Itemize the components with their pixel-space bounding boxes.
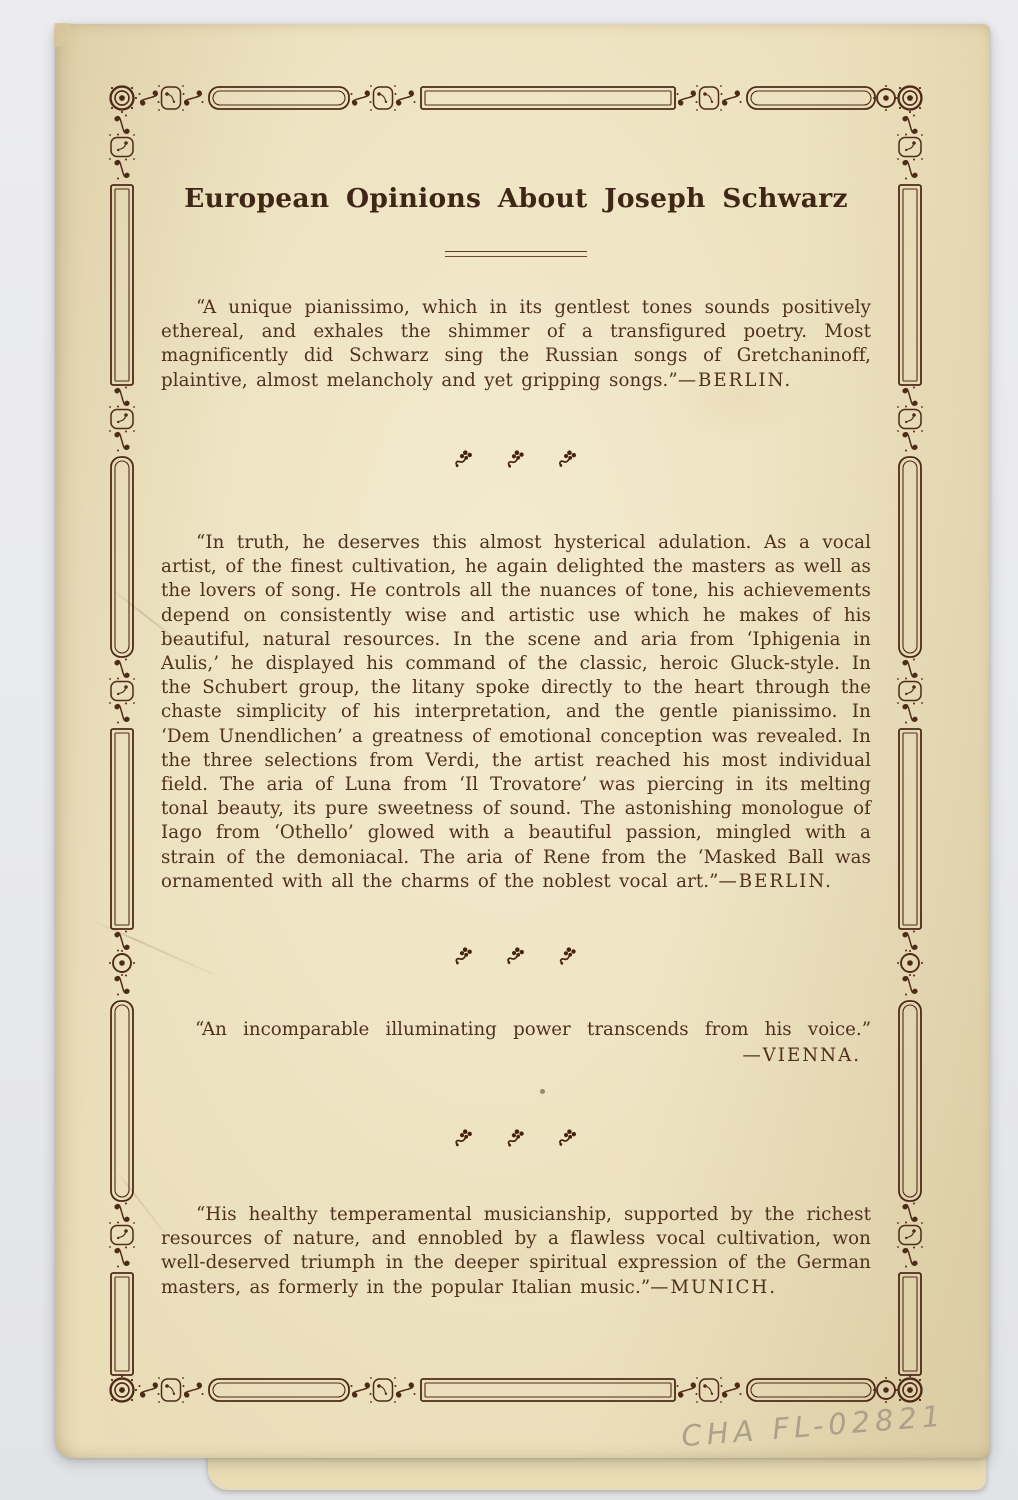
quote-attribution: —BERLIN. — [678, 370, 792, 391]
title-divider — [445, 251, 587, 257]
quote-vienna: “An incomparable illuminating power tran… — [161, 1018, 871, 1069]
page-title: European Opinions About Joseph Schwarz — [109, 184, 923, 214]
fleuron-icon — [505, 945, 528, 965]
fleuron-icon — [453, 448, 476, 468]
quote-text: “In truth, he deserves this almost hyste… — [161, 532, 871, 892]
fleuron-icon — [557, 945, 580, 965]
quote-berlin-2: “In truth, he deserves this almost hyste… — [161, 531, 871, 894]
quote-text: “An incomparable illuminating power tran… — [161, 1018, 871, 1042]
fleuron-icon — [505, 1127, 528, 1147]
fleuron-icon — [453, 1127, 476, 1147]
quote-attribution: —BERLIN. — [719, 871, 833, 892]
page-content: European Opinions About Joseph Schwarz “… — [109, 85, 923, 1403]
fleuron-icon — [557, 448, 580, 468]
paper-corner-chip — [54, 23, 70, 47]
fleuron-divider — [109, 1126, 923, 1148]
quote-attribution: —VIENNA. — [161, 1042, 871, 1069]
page-frame: European Opinions About Joseph Schwarz “… — [109, 85, 923, 1403]
quote-attribution: —MUNICH. — [650, 1277, 777, 1298]
quote-munich: “His healthy temperamental musicianship,… — [161, 1203, 871, 1300]
fleuron-divider — [109, 944, 923, 966]
fleuron-icon — [557, 1127, 580, 1147]
fleuron-icon — [505, 448, 528, 468]
quote-berlin-1: “A unique pianissimo, which in its gentl… — [161, 296, 871, 393]
photo-backdrop: European Opinions About Joseph Schwarz “… — [0, 0, 1018, 1500]
fleuron-icon — [453, 945, 476, 965]
program-page: European Opinions About Joseph Schwarz “… — [55, 24, 990, 1458]
fleuron-divider — [109, 447, 923, 469]
